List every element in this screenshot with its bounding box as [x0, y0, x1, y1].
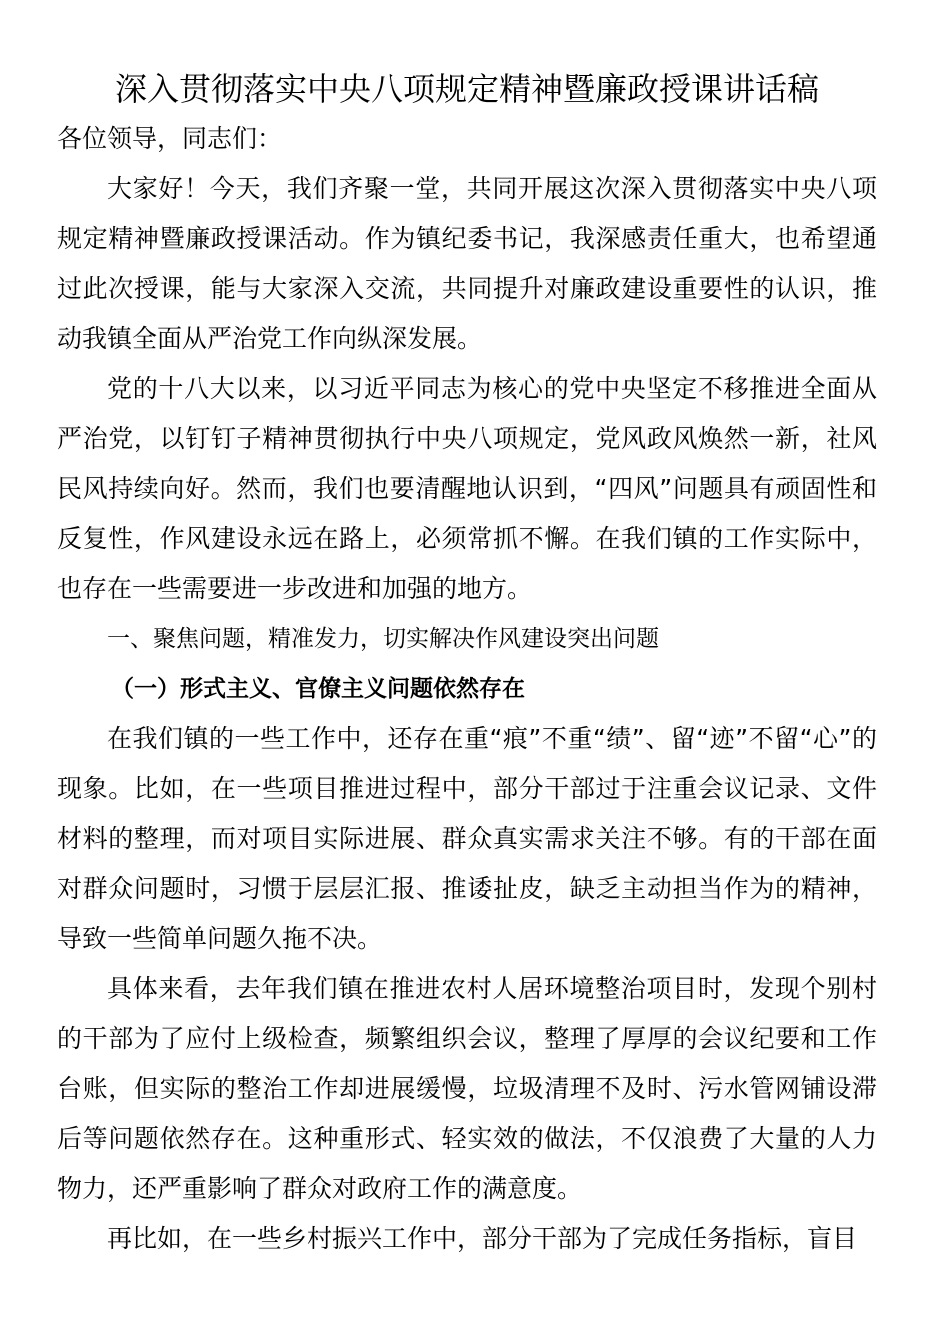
document-title: 深入贯彻落实中央八项规定精神暨廉政授课讲话稿	[49, 64, 885, 114]
salutation: 各位领导，同志们：	[57, 114, 877, 164]
paragraph-opening: 大家好！今天，我们齐聚一堂，共同开展这次深入贯彻落实中央八项规定精神暨廉政授课活…	[57, 164, 877, 364]
paragraph-formalism: 在我们镇的一些工作中，还存在重“痕”不重“绩”、留“迹”不留“心”的现象。比如，…	[57, 714, 877, 964]
paragraph-example-environment: 具体来看，去年我们镇在推进农村人居环境整治项目时，发现个别村的干部为了应付上级检…	[57, 964, 877, 1214]
document-page: 深入贯彻落实中央八项规定精神暨廉政授课讲话稿 各位领导，同志们： 大家好！今天，…	[57, 64, 877, 1264]
subsection-heading-1: （一）形式主义、官僚主义问题依然存在	[57, 664, 877, 714]
section-heading-1: 一、聚焦问题，精准发力，切实解决作风建设突出问题	[57, 614, 877, 664]
paragraph-background: 党的十八大以来，以习近平同志为核心的党中央坚定不移推进全面从严治党，以钉钉子精神…	[57, 364, 877, 614]
paragraph-example-rural: 再比如，在一些乡村振兴工作中，部分干部为了完成任务指标，盲目	[57, 1214, 877, 1264]
